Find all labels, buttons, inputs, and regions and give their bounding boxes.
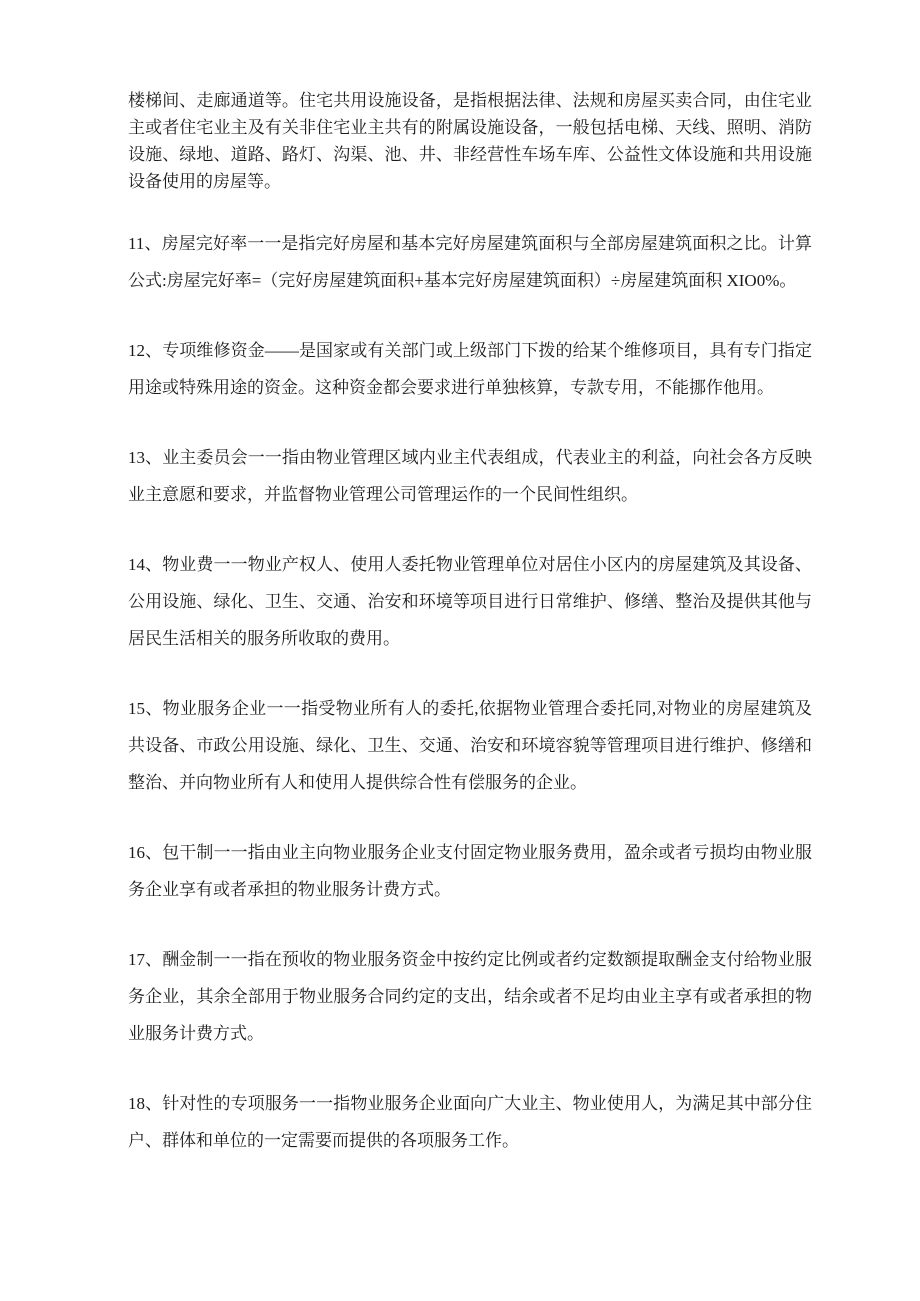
paragraph-item-12: 12、专项维修资金——是国家或有关部门或上级部门下拨的给某个维修项目，具有专门指… bbox=[128, 332, 812, 406]
paragraph-item-18: 18、针对性的专项服务一一指物业服务企业面向广大业主、物业使用人，为满足其中部分… bbox=[128, 1085, 812, 1159]
paragraph-10-continuation: 楼梯间、走廊通道等。住宅共用设施设备，是指根据法律、法规和房屋买卖合同，由住宅业… bbox=[128, 87, 812, 195]
document-body: 楼梯间、走廊通道等。住宅共用设施设备，是指根据法律、法规和房屋买卖合同，由住宅业… bbox=[128, 87, 812, 1159]
paragraph-item-16: 16、包干制一一指由业主向物业服务企业支付固定物业服务费用，盈余或者亏损均由物业… bbox=[128, 834, 812, 908]
paragraph-item-15: 15、物业服务企业一一指受物业所有人的委托,依据物业管理合委托同,对物业的房屋建… bbox=[128, 690, 812, 801]
paragraph-item-14: 14、物业费一一物业产权人、使用人委托物业管理单位对居住小区内的房屋建筑及其设备… bbox=[128, 546, 812, 657]
paragraph-item-11: 11、房屋完好率一一是指完好房屋和基本完好房屋建筑面积与全部房屋建筑面积之比。计… bbox=[128, 225, 812, 299]
paragraph-item-13: 13、业主委员会一一指由物业管理区域内业主代表组成，代表业主的利益，向社会各方反… bbox=[128, 439, 812, 513]
paragraph-item-17: 17、酬金制一一指在预收的物业服务资金中按约定比例或者约定数额提取酬金支付给物业… bbox=[128, 941, 812, 1052]
document-page: 楼梯间、走廊通道等。住宅共用设施设备，是指根据法律、法规和房屋买卖合同，由住宅业… bbox=[0, 0, 920, 1301]
